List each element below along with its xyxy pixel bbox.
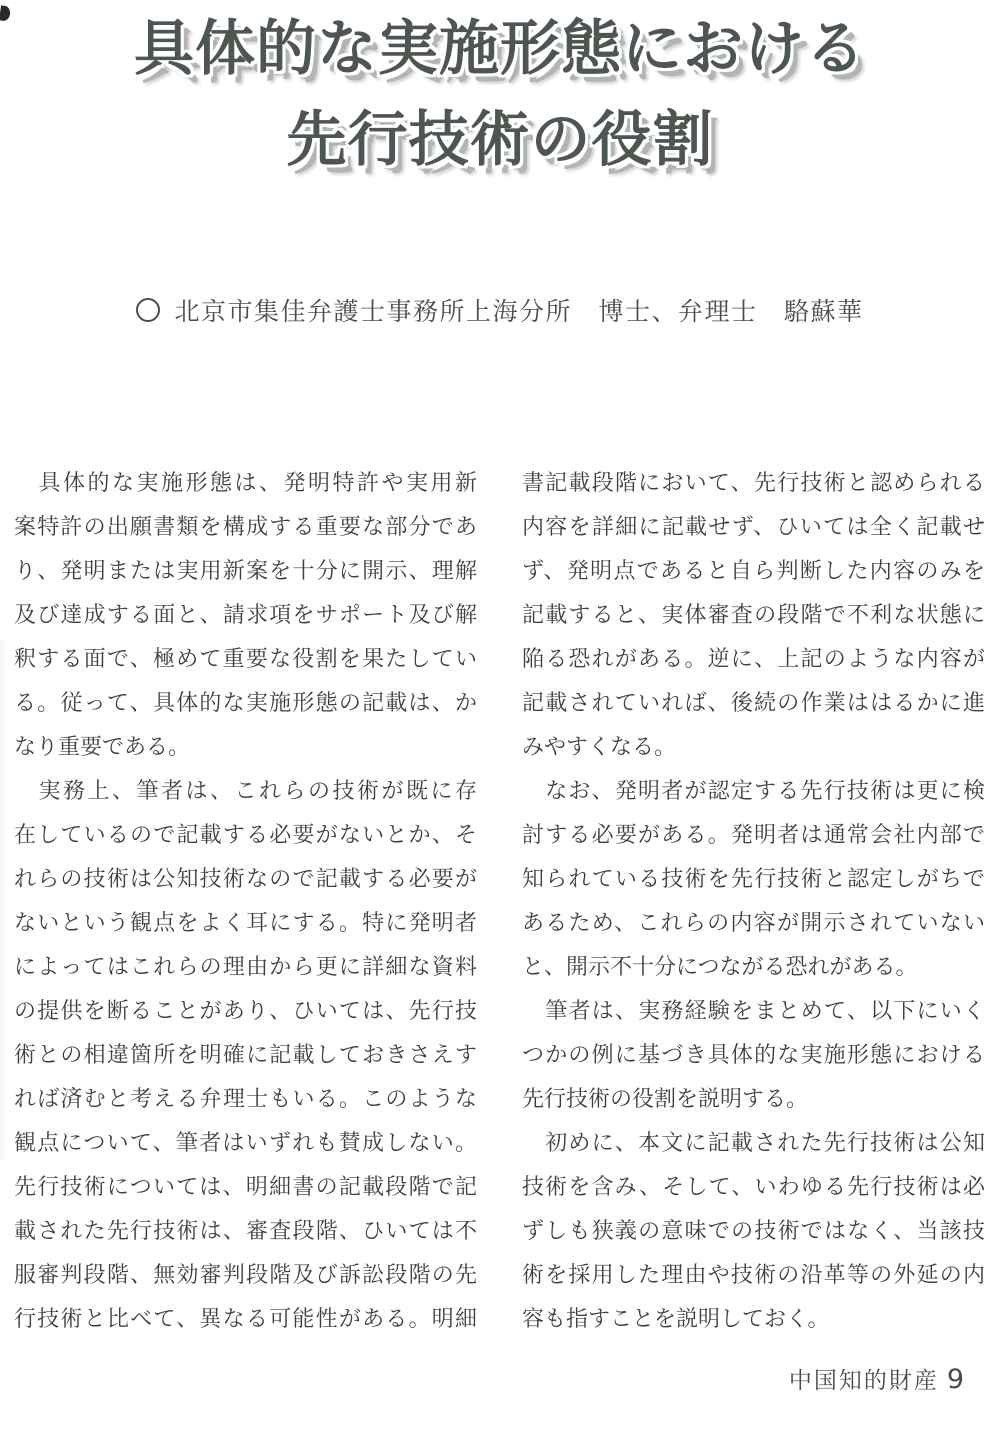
- text-line: 記載されていれば、後続の作業ははるかに進: [522, 682, 985, 726]
- page-number: 9: [947, 1364, 964, 1395]
- text-line: 容も指すことを説明しておく。: [522, 1298, 985, 1342]
- title-line-1: 具体的な実施形態における: [0, 4, 1000, 95]
- text-line: 知られている技術を先行技術と認定しがちで: [522, 858, 985, 902]
- text-line: 具体的な実施形態は、発明特許や実用新: [14, 462, 477, 506]
- text-line: 観点について、筆者はいずれも賛成しない。: [14, 1122, 477, 1166]
- text-line: れば済むと考える弁理士もいる。このような: [14, 1078, 477, 1122]
- text-line: つかの例に基づき具体的な実施形態における: [522, 1034, 985, 1078]
- body-columns: 具体的な実施形態は、発明特許や実用新 案特許の出願書類を構成する重要な部分であ …: [14, 462, 985, 1342]
- page-footer: 中国知的財産9: [789, 1362, 964, 1395]
- text-line: 実務上、筆者は、これらの技術が既に存: [14, 770, 477, 814]
- page-title: 具体的な実施形態における 先行技術の役割: [0, 0, 1000, 186]
- text-line: 釈する面で、極めて重要な役割を果たしてい: [14, 638, 477, 682]
- text-line: 技術を含み、そして、いわゆる先行技術は必: [522, 1166, 985, 1210]
- text-line: 討する必要がある。発明者は通常会社内部で: [522, 814, 985, 858]
- text-line: によってはこれらの理由から更に詳細な資料: [14, 946, 477, 990]
- text-line: と、開示不十分につながる恐れがある。: [522, 946, 985, 990]
- text-line: 行技術と比べて、異なる可能性がある。明細: [14, 1298, 477, 1342]
- text-line: る。従って、具体的な実施形態の記載は、か: [14, 682, 477, 726]
- text-line: の提供を断ることがあり、ひいては、先行技: [14, 990, 477, 1034]
- text-line: 筆者は、実務経験をまとめて、以下にいく: [522, 990, 985, 1034]
- byline: 北京市集佳弁護士事務所上海分所 博士、弁理士 駱蘇華: [0, 292, 1000, 328]
- text-line: 案特許の出願書類を構成する重要な部分であ: [14, 506, 477, 550]
- text-line: なお、発明者が認定する先行技術は更に検: [522, 770, 985, 814]
- text-line: 服審判段階、無効審判段階及び訴訟段階の先: [14, 1254, 477, 1298]
- text-line: 記載すると、実体審査の段階で不利な状態に: [522, 594, 985, 638]
- text-line: みやすくなる。: [522, 726, 985, 770]
- text-line: ずしも狭義の意味での技術ではなく、当該技: [522, 1210, 985, 1254]
- text-line: 初めに、本文に記載された先行技術は公知: [522, 1122, 985, 1166]
- text-line: 書記載段階において、先行技術と認められる: [522, 462, 985, 506]
- text-line: れらの技術は公知技術なので記載する必要が: [14, 858, 477, 902]
- byline-text: 北京市集佳弁護士事務所上海分所 博士、弁理士 駱蘇華: [174, 297, 863, 326]
- text-line: 在しているので記載する必要がないとか、そ: [14, 814, 477, 858]
- page: 具体的な実施形態における 先行技術の役割 北京市集佳弁護士事務所上海分所 博士、…: [0, 0, 1000, 1433]
- text-line: 先行技術については、明細書の記載段階で記: [14, 1166, 477, 1210]
- text-line: 陥る恐れがある。逆に、上記のような内容が: [522, 638, 985, 682]
- title-line-2: 先行技術の役割: [0, 95, 1000, 186]
- text-line: あるため、これらの内容が開示されていない: [522, 902, 985, 946]
- text-line: 術との相違箇所を明確に記載しておきさえす: [14, 1034, 477, 1078]
- scan-streak: [0, 640, 7, 1160]
- text-line: ず、発明点であると自ら判断した内容のみを: [522, 550, 985, 594]
- text-line: 先行技術の役割を説明する。: [522, 1078, 985, 1122]
- left-column: 具体的な実施形態は、発明特許や実用新 案特許の出願書類を構成する重要な部分であ …: [14, 462, 477, 1342]
- text-line: ないという観点をよく耳にする。特に発明者: [14, 902, 477, 946]
- right-column: 書記載段階において、先行技術と認められる 内容を詳細に記載せず、ひいては全く記載…: [522, 462, 985, 1342]
- text-line: 内容を詳細に記載せず、ひいては全く記載せ: [522, 506, 985, 550]
- text-line: なり重要である。: [14, 726, 477, 770]
- text-line: り、発明または実用新案を十分に開示、理解: [14, 550, 477, 594]
- text-line: 術を採用した理由や技術の沿革等の外延の内: [522, 1254, 985, 1298]
- journal-name: 中国知的財産: [789, 1368, 939, 1394]
- circle-marker-icon: [136, 298, 160, 322]
- text-line: 載された先行技術は、審査段階、ひいては不: [14, 1210, 477, 1254]
- text-line: 及び達成する面と、請求項をサポート及び解: [14, 594, 477, 638]
